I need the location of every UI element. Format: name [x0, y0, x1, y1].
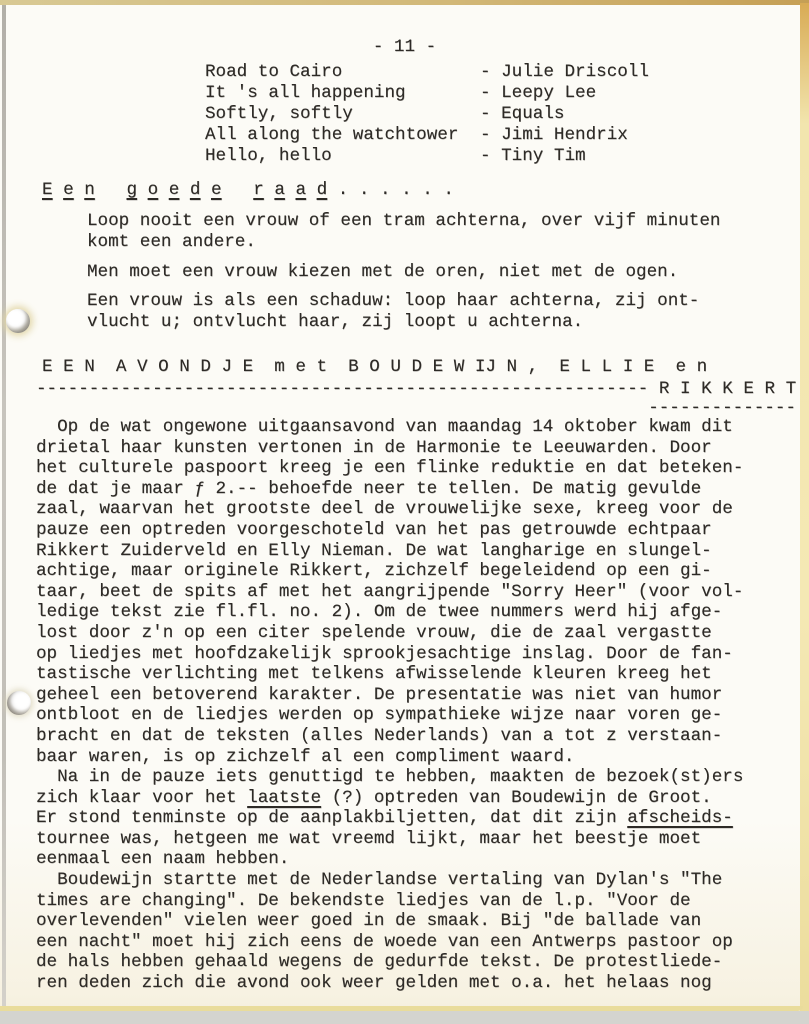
advice-heading-letter: r: [253, 180, 264, 200]
article-body: Op de wat ongewone uitgaansavond van maa…: [36, 417, 800, 994]
advice-section: E e n g o e d e r a a d . . . . . . Loop…: [42, 178, 809, 333]
article-line: Er stond tenminste op de aanplakbiljette…: [36, 808, 800, 829]
underlined-text: laatste: [247, 788, 321, 808]
song-row: Road to Cairo- Julie Driscoll: [205, 62, 809, 83]
article-line: bracht en dat de teksten (alles Nederlan…: [36, 726, 800, 747]
advice-heading-letter: d: [317, 180, 328, 200]
article-line: de dat je maar ƒ 2.-- behoefde neer te t…: [36, 479, 800, 500]
advice-heading-letter: e: [63, 180, 74, 200]
article-line: baar waren, is op zichzelf al een compli…: [36, 747, 800, 768]
article-line: taar, beet de spits af met het aangrijpe…: [36, 582, 800, 603]
article-line: eenmaal een naam hebben.: [36, 849, 800, 870]
article-line: ren deden zich die avond ook weer gelden…: [36, 973, 800, 994]
article-line: times are changing". De bekendste liedje…: [36, 891, 800, 912]
song-title: Softly, softly: [205, 104, 480, 125]
article-line: tournee was, hetgeen me wat vreemd lijkt…: [36, 829, 800, 850]
underlined-text: afscheids-: [627, 808, 733, 828]
heading-dashes: ----------------------------------------…: [36, 379, 648, 399]
song-row: Softly, softly- Equals: [205, 104, 809, 125]
article-line: achtige, maar originele Rikkert, zichzel…: [36, 561, 800, 582]
advice-heading-letter: o: [148, 180, 159, 200]
article-line: Op de wat ongewone uitgaansavond van maa…: [36, 417, 800, 438]
article-line: zich klaar voor het laatste (?) optreden…: [36, 788, 800, 809]
song-artist: - Julie Driscoll: [480, 62, 649, 82]
advice-heading-letter: a: [296, 180, 307, 200]
article-line: een nacht" moet hij zich eens de woede v…: [36, 932, 800, 953]
song-artist: - Equals: [480, 104, 564, 124]
advice-heading-letter: E: [42, 180, 53, 200]
advice-item: Men moet een vrouw kiezen met de oren, n…: [87, 262, 809, 283]
song-list: Road to Cairo- Julie DriscollIt 's all h…: [205, 62, 809, 167]
song-artist: - Tiny Tim: [480, 146, 586, 166]
article-line: Rikkert Zuiderveld en Elly Nieman. De wa…: [36, 541, 800, 562]
song-title: Road to Cairo: [205, 62, 480, 83]
article-line: geheel een betoverend karakter. De prese…: [36, 685, 800, 706]
article-heading-line2: ----------------------------------------…: [36, 378, 800, 400]
scanned-page: - 11 - Road to Cairo- Julie DriscollIt '…: [0, 0, 809, 1024]
advice-heading-letter: n: [84, 180, 95, 200]
article-section: E E N A V O N D J E m e t B O U D E W IJ…: [36, 356, 800, 994]
article-line: ledige tekst zie fl.fl. no. 2). Om de tw…: [36, 602, 800, 623]
article-line: zaal, waarvan het grootste deel de vrouw…: [36, 499, 800, 520]
advice-heading-letter: a: [274, 180, 285, 200]
article-line: het culturele paspoort kreeg je een flin…: [36, 458, 800, 479]
article-heading-underline: --------------: [36, 400, 800, 416]
song-title: Hello, hello: [205, 146, 480, 167]
article-line: tastische verlichting met telkens afwiss…: [36, 664, 800, 685]
article-line: de hals hebben gehaald wegens de gedurfd…: [36, 952, 800, 973]
song-row: All along the watchtower- Jimi Hendrix: [205, 125, 809, 146]
advice-heading-letter: d: [190, 180, 201, 200]
article-line: Na in de pauze iets genuttigd te hebben,…: [36, 767, 800, 788]
advice-item: Loop nooit een vrouw of een tram achtern…: [87, 211, 809, 253]
page-content: - 11 - Road to Cairo- Julie DriscollIt '…: [0, 0, 809, 1024]
article-line: overlevenden" vielen weer goed in de sma…: [36, 911, 800, 932]
article-heading-line1: E E N A V O N D J E m e t B O U D E W IJ…: [36, 356, 800, 378]
heading-rikkert: R I K K E R T: [648, 379, 796, 399]
song-artist: - Leepy Lee: [480, 83, 596, 103]
article-line: op liedjes met hoofdzakelijk sprookjesac…: [36, 644, 800, 665]
advice-heading-letter: e: [211, 180, 222, 200]
advice-heading-letter: e: [169, 180, 180, 200]
song-title: It 's all happening: [205, 83, 480, 104]
article-line: Boudewijn startte met de Nederlandse ver…: [36, 870, 800, 891]
page-number: - 11 -: [0, 37, 809, 58]
article-line: lost door z'n op een citer spelende vrou…: [36, 623, 800, 644]
song-artist: - Jimi Hendrix: [480, 125, 628, 145]
article-line: drietal haar kunsten vertonen in de Harm…: [36, 438, 800, 459]
song-row: It 's all happening- Leepy Lee: [205, 83, 809, 104]
article-line: pauze een optreden voorgeschoteld van he…: [36, 520, 800, 541]
song-title: All along the watchtower: [205, 125, 480, 146]
advice-heading-letter: g: [127, 180, 138, 200]
advice-item: Een vrouw is als een schaduw: loop haar …: [87, 291, 809, 333]
article-line: ontbloot en de liedjes werden op sympath…: [36, 705, 800, 726]
advice-items: Loop nooit een vrouw of een tram achtern…: [87, 211, 809, 333]
advice-heading: E e n g o e d e r a a d . . . . . .: [42, 178, 809, 202]
song-row: Hello, hello- Tiny Tim: [205, 146, 809, 167]
